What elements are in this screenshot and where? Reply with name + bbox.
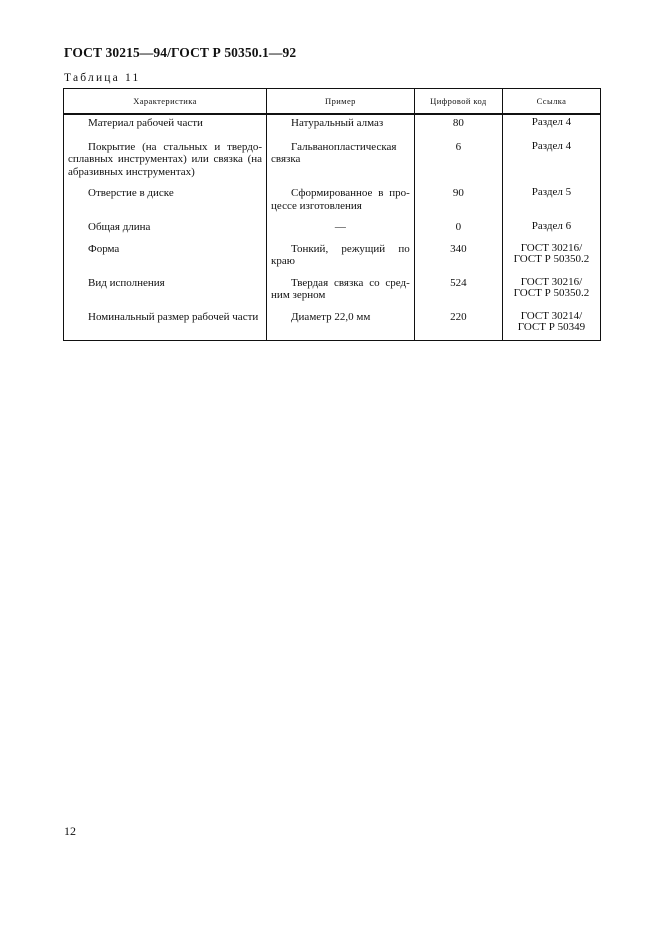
reference-line: Раздел 4	[507, 117, 596, 129]
cell-reference: ГОСТ 30216/ГОСТ Р 50350.2	[502, 275, 600, 309]
cell-characteristic: Номинальный размер рабочей части	[64, 309, 267, 341]
reference-line: Раздел 6	[507, 221, 596, 233]
table-header-row: Характеристика Пример Цифровой код Ссылк…	[64, 89, 601, 115]
cell-code: 340	[414, 241, 502, 275]
reference-line: Раздел 5	[507, 187, 596, 199]
table-row: Номинальный размер рабочей частиДиаметр …	[64, 309, 601, 341]
table-row: Покрытие (на стальных и твердо-сплавных …	[64, 137, 601, 186]
cell-reference: Раздел 5	[502, 185, 600, 219]
reference-line: ГОСТ Р 50350.2	[507, 254, 596, 266]
table-row: ФормаТонкий, режущий по краю340ГОСТ 3021…	[64, 241, 601, 275]
cell-characteristic: Форма	[64, 241, 267, 275]
cell-code: 524	[414, 275, 502, 309]
cell-reference: Раздел 4	[502, 114, 600, 137]
reference-line: ГОСТ Р 50349	[507, 322, 596, 334]
cell-reference: ГОСТ 30216/ГОСТ Р 50350.2	[502, 241, 600, 275]
table-body: Материал рабочей частиНатуральный алмаз8…	[64, 114, 601, 340]
column-header-code: Цифровой код	[414, 89, 502, 115]
cell-characteristic: Отверстие в диске	[64, 185, 267, 219]
column-header-example: Пример	[267, 89, 415, 115]
cell-characteristic: Общая длина	[64, 219, 267, 241]
cell-example: Гальванопластическая связка	[267, 137, 415, 186]
specification-table: Характеристика Пример Цифровой код Ссылк…	[63, 88, 601, 341]
table-row: Отверстие в дискеСформированное в про-це…	[64, 185, 601, 219]
cell-example: Натуральный алмаз	[267, 114, 415, 137]
page-number: 12	[64, 824, 76, 839]
table-row: Вид исполненияТвердая связка со сред-ним…	[64, 275, 601, 309]
cell-example: Сформированное в про-цессе изготовления	[267, 185, 415, 219]
document-header: ГОСТ 30215—94/ГОСТ Р 50350.1—92	[64, 45, 296, 61]
cell-characteristic: Материал рабочей части	[64, 114, 267, 137]
table-row: Материал рабочей частиНатуральный алмаз8…	[64, 114, 601, 137]
reference-line: Раздел 4	[507, 141, 596, 153]
column-header-reference: Ссылка	[502, 89, 600, 115]
cell-code: 6	[414, 137, 502, 186]
cell-reference: Раздел 4	[502, 137, 600, 186]
cell-example: Твердая связка со сред-ним зерном	[267, 275, 415, 309]
cell-example: Диаметр 22,0 мм	[267, 309, 415, 341]
cell-reference: ГОСТ 30214/ГОСТ Р 50349	[502, 309, 600, 341]
cell-example: Тонкий, режущий по краю	[267, 241, 415, 275]
table-caption: Таблица 11	[64, 72, 141, 84]
cell-code: 220	[414, 309, 502, 341]
cell-code: 0	[414, 219, 502, 241]
cell-code: 90	[414, 185, 502, 219]
cell-code: 80	[414, 114, 502, 137]
table-row: Общая длина—0Раздел 6	[64, 219, 601, 241]
column-header-characteristic: Характеристика	[64, 89, 267, 115]
cell-example: —	[267, 219, 415, 241]
cell-characteristic: Покрытие (на стальных и твердо-сплавных …	[64, 137, 267, 186]
cell-characteristic: Вид исполнения	[64, 275, 267, 309]
cell-reference: Раздел 6	[502, 219, 600, 241]
reference-line: ГОСТ Р 50350.2	[507, 288, 596, 300]
